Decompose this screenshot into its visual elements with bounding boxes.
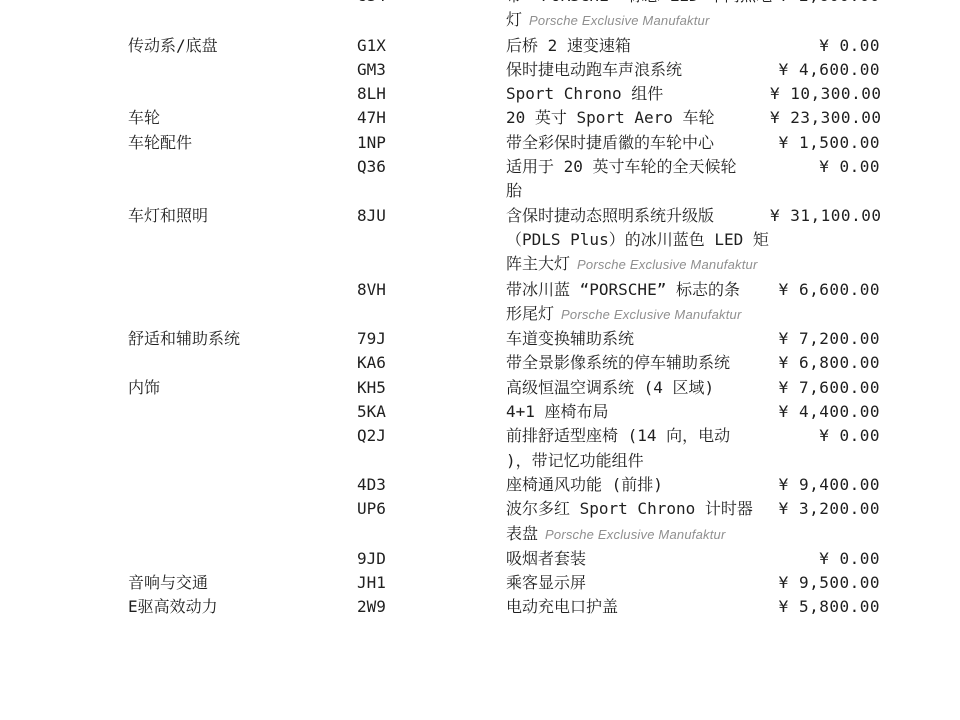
table-row: UP6 波尔多红 Sport Chrono 计时器表盘Porsche Exclu… [0,497,960,547]
option-code: KA6 [357,351,506,375]
option-price: ¥ 5,800.00 [770,595,880,619]
option-description-line: 座椅通风功能 (前排) [506,473,770,497]
option-description: 带全景影像系统的停车辅助系统 [506,351,770,375]
option-description: 电动充电口护盖 [506,595,770,619]
table-row: 车轮配件 1NP 带全彩保时捷盾徽的车轮中心 ¥ 1,500.00 [0,131,960,155]
option-price: ¥ 9,400.00 [770,473,880,497]
option-price: ¥ 23,300.00 [770,106,880,130]
table-row: 车轮 47H 20 英寸 Sport Aero 车轮 ¥ 23,300.00 [0,106,960,130]
rows: GS4 带 “PORSCHE” 标志 LED 车门照地灯Porsche Excl… [0,0,960,620]
option-description: 座椅通风功能 (前排) [506,473,770,497]
option-description-line: 20 英寸 Sport Aero 车轮 [506,106,770,130]
table-row: Q2J 前排舒适型座椅 (14 向，电动)，带记忆功能组件 ¥ 0.00 [0,424,960,473]
option-description-line: Sport Chrono 组件 [506,82,770,106]
exclusive-manufaktur-badge: Porsche Exclusive Manufaktur [561,307,741,322]
option-description-line: 带冰川蓝 “PORSCHE” 标志的条 [506,278,770,302]
option-description-line: 阵主大灯Porsche Exclusive Manufaktur [506,252,770,277]
option-price: ¥ 6,600.00 [770,278,880,302]
option-description: 适用于 20 英寸车轮的全天候轮胎 [506,155,770,204]
option-code: 5KA [357,400,506,424]
option-description: 高级恒温空调系统 (4 区域) [506,376,770,400]
option-price: ¥ 4,600.00 [770,58,880,82]
table-row: 内饰 KH5 高级恒温空调系统 (4 区域) ¥ 7,600.00 [0,376,960,400]
option-description-line: 胎 [506,179,770,203]
category-label: 车灯和照明 [128,204,357,228]
exclusive-manufaktur-badge: Porsche Exclusive Manufaktur [529,13,709,28]
exclusive-manufaktur-badge: Porsche Exclusive Manufaktur [545,527,725,542]
option-description-line: 4+1 座椅布局 [506,400,770,424]
option-description: 车道变换辅助系统 [506,327,770,351]
option-code: 2W9 [357,595,506,619]
option-price: ¥ 6,800.00 [770,351,880,375]
option-description-line: 带全彩保时捷盾徽的车轮中心 [506,131,770,155]
option-description: 带 “PORSCHE” 标志 LED 车门照地灯Porsche Exclusiv… [506,0,770,34]
category-label: 内饰 [128,376,357,400]
exclusive-manufaktur-badge: Porsche Exclusive Manufaktur [577,257,757,272]
option-code: 8JU [357,204,506,228]
option-price: ¥ 10,300.00 [770,82,880,106]
table-row: GM3 保时捷电动跑车声浪系统 ¥ 4,600.00 [0,58,960,82]
option-code: Q36 [357,155,506,179]
option-description: 后桥 2 速变速箱 [506,34,770,58]
option-code: 9JD [357,547,506,571]
option-price: ¥ 1,500.00 [770,131,880,155]
option-description: Sport Chrono 组件 [506,82,770,106]
option-description: 乘客显示屏 [506,571,770,595]
category-label: 车轮配件 [128,131,357,155]
option-code: 79J [357,327,506,351]
options-table: GS4 带 “PORSCHE” 标志 LED 车门照地灯Porsche Excl… [0,0,960,620]
option-code: Q2J [357,424,506,448]
option-description-line: （PDLS Plus）的冰川蓝色 LED 矩 [506,228,770,252]
table-row: 8VH 带冰川蓝 “PORSCHE” 标志的条形尾灯Porsche Exclus… [0,278,960,328]
option-price: ¥ 0.00 [770,424,880,448]
option-code: GS4 [357,0,506,8]
category-label: 传动系/底盘 [128,34,357,58]
option-code: 47H [357,106,506,130]
option-price: ¥ 3,200.00 [770,497,880,521]
option-code: 8LH [357,82,506,106]
option-code: JH1 [357,571,506,595]
option-price: ¥ 0.00 [770,34,880,58]
option-description-line: 保时捷电动跑车声浪系统 [506,58,770,82]
option-price: ¥ 2,600.00 [770,0,880,8]
options-price-document: GS4 带 “PORSCHE” 标志 LED 车门照地灯Porsche Excl… [0,0,960,720]
option-description-line: 前排舒适型座椅 (14 向，电动 [506,424,770,448]
option-code: G1X [357,34,506,58]
option-code: 1NP [357,131,506,155]
option-description: 带冰川蓝 “PORSCHE” 标志的条形尾灯Porsche Exclusive … [506,278,770,328]
table-row: E驱高效动力 2W9 电动充电口护盖 ¥ 5,800.00 [0,595,960,619]
option-price: ¥ 31,100.00 [770,204,880,228]
table-row: GS4 带 “PORSCHE” 标志 LED 车门照地灯Porsche Excl… [0,0,960,34]
table-row: KA6 带全景影像系统的停车辅助系统 ¥ 6,800.00 [0,351,960,375]
option-description-line: 吸烟者套装 [506,547,770,571]
option-description-line: 形尾灯Porsche Exclusive Manufaktur [506,302,770,327]
option-description-line: 电动充电口护盖 [506,595,770,619]
option-price: ¥ 9,500.00 [770,571,880,595]
option-description: 含保时捷动态照明系统升级版（PDLS Plus）的冰川蓝色 LED 矩阵主大灯P… [506,204,770,278]
option-description: 带全彩保时捷盾徽的车轮中心 [506,131,770,155]
category-label: E驱高效动力 [128,595,357,619]
option-description-line: 适用于 20 英寸车轮的全天候轮 [506,155,770,179]
option-price: ¥ 7,200.00 [770,327,880,351]
table-row: 9JD 吸烟者套装 ¥ 0.00 [0,547,960,571]
option-description: 20 英寸 Sport Aero 车轮 [506,106,770,130]
category-label: 车轮 [128,106,357,130]
option-description: 波尔多红 Sport Chrono 计时器表盘Porsche Exclusive… [506,497,770,547]
option-price: ¥ 0.00 [770,547,880,571]
table-row: 5KA 4+1 座椅布局 ¥ 4,400.00 [0,400,960,424]
option-description-line: 灯Porsche Exclusive Manufaktur [506,8,770,33]
table-row: 车灯和照明 8JU 含保时捷动态照明系统升级版（PDLS Plus）的冰川蓝色 … [0,204,960,278]
option-description: 吸烟者套装 [506,547,770,571]
option-description-line: 高级恒温空调系统 (4 区域) [506,376,770,400]
option-description-line: 含保时捷动态照明系统升级版 [506,204,770,228]
option-code: 4D3 [357,473,506,497]
option-code: UP6 [357,497,506,521]
option-description: 4+1 座椅布局 [506,400,770,424]
option-description: 保时捷电动跑车声浪系统 [506,58,770,82]
table-row: 舒适和辅助系统 79J 车道变换辅助系统 ¥ 7,200.00 [0,327,960,351]
option-price: ¥ 0.00 [770,155,880,179]
option-description-line: 表盘Porsche Exclusive Manufaktur [506,522,770,547]
option-description-line: 后桥 2 速变速箱 [506,34,770,58]
option-description-line: 波尔多红 Sport Chrono 计时器 [506,497,770,521]
table-row: 传动系/底盘 G1X 后桥 2 速变速箱 ¥ 0.00 [0,34,960,58]
option-description: 前排舒适型座椅 (14 向，电动)，带记忆功能组件 [506,424,770,473]
option-price: ¥ 4,400.00 [770,400,880,424]
option-code: KH5 [357,376,506,400]
option-description-line: )，带记忆功能组件 [506,449,770,473]
category-label: 音响与交通 [128,571,357,595]
option-description-line: 乘客显示屏 [506,571,770,595]
table-row: 音响与交通 JH1 乘客显示屏 ¥ 9,500.00 [0,571,960,595]
table-row: Q36 适用于 20 英寸车轮的全天候轮胎 ¥ 0.00 [0,155,960,204]
category-label: 舒适和辅助系统 [128,327,357,351]
option-price: ¥ 7,600.00 [770,376,880,400]
table-row: 4D3 座椅通风功能 (前排) ¥ 9,400.00 [0,473,960,497]
option-code: GM3 [357,58,506,82]
table-row: 8LH Sport Chrono 组件 ¥ 10,300.00 [0,82,960,106]
option-description-line: 车道变换辅助系统 [506,327,770,351]
option-description-line: 带 “PORSCHE” 标志 LED 车门照地 [506,0,770,8]
option-code: 8VH [357,278,506,302]
option-description-line: 带全景影像系统的停车辅助系统 [506,351,770,375]
